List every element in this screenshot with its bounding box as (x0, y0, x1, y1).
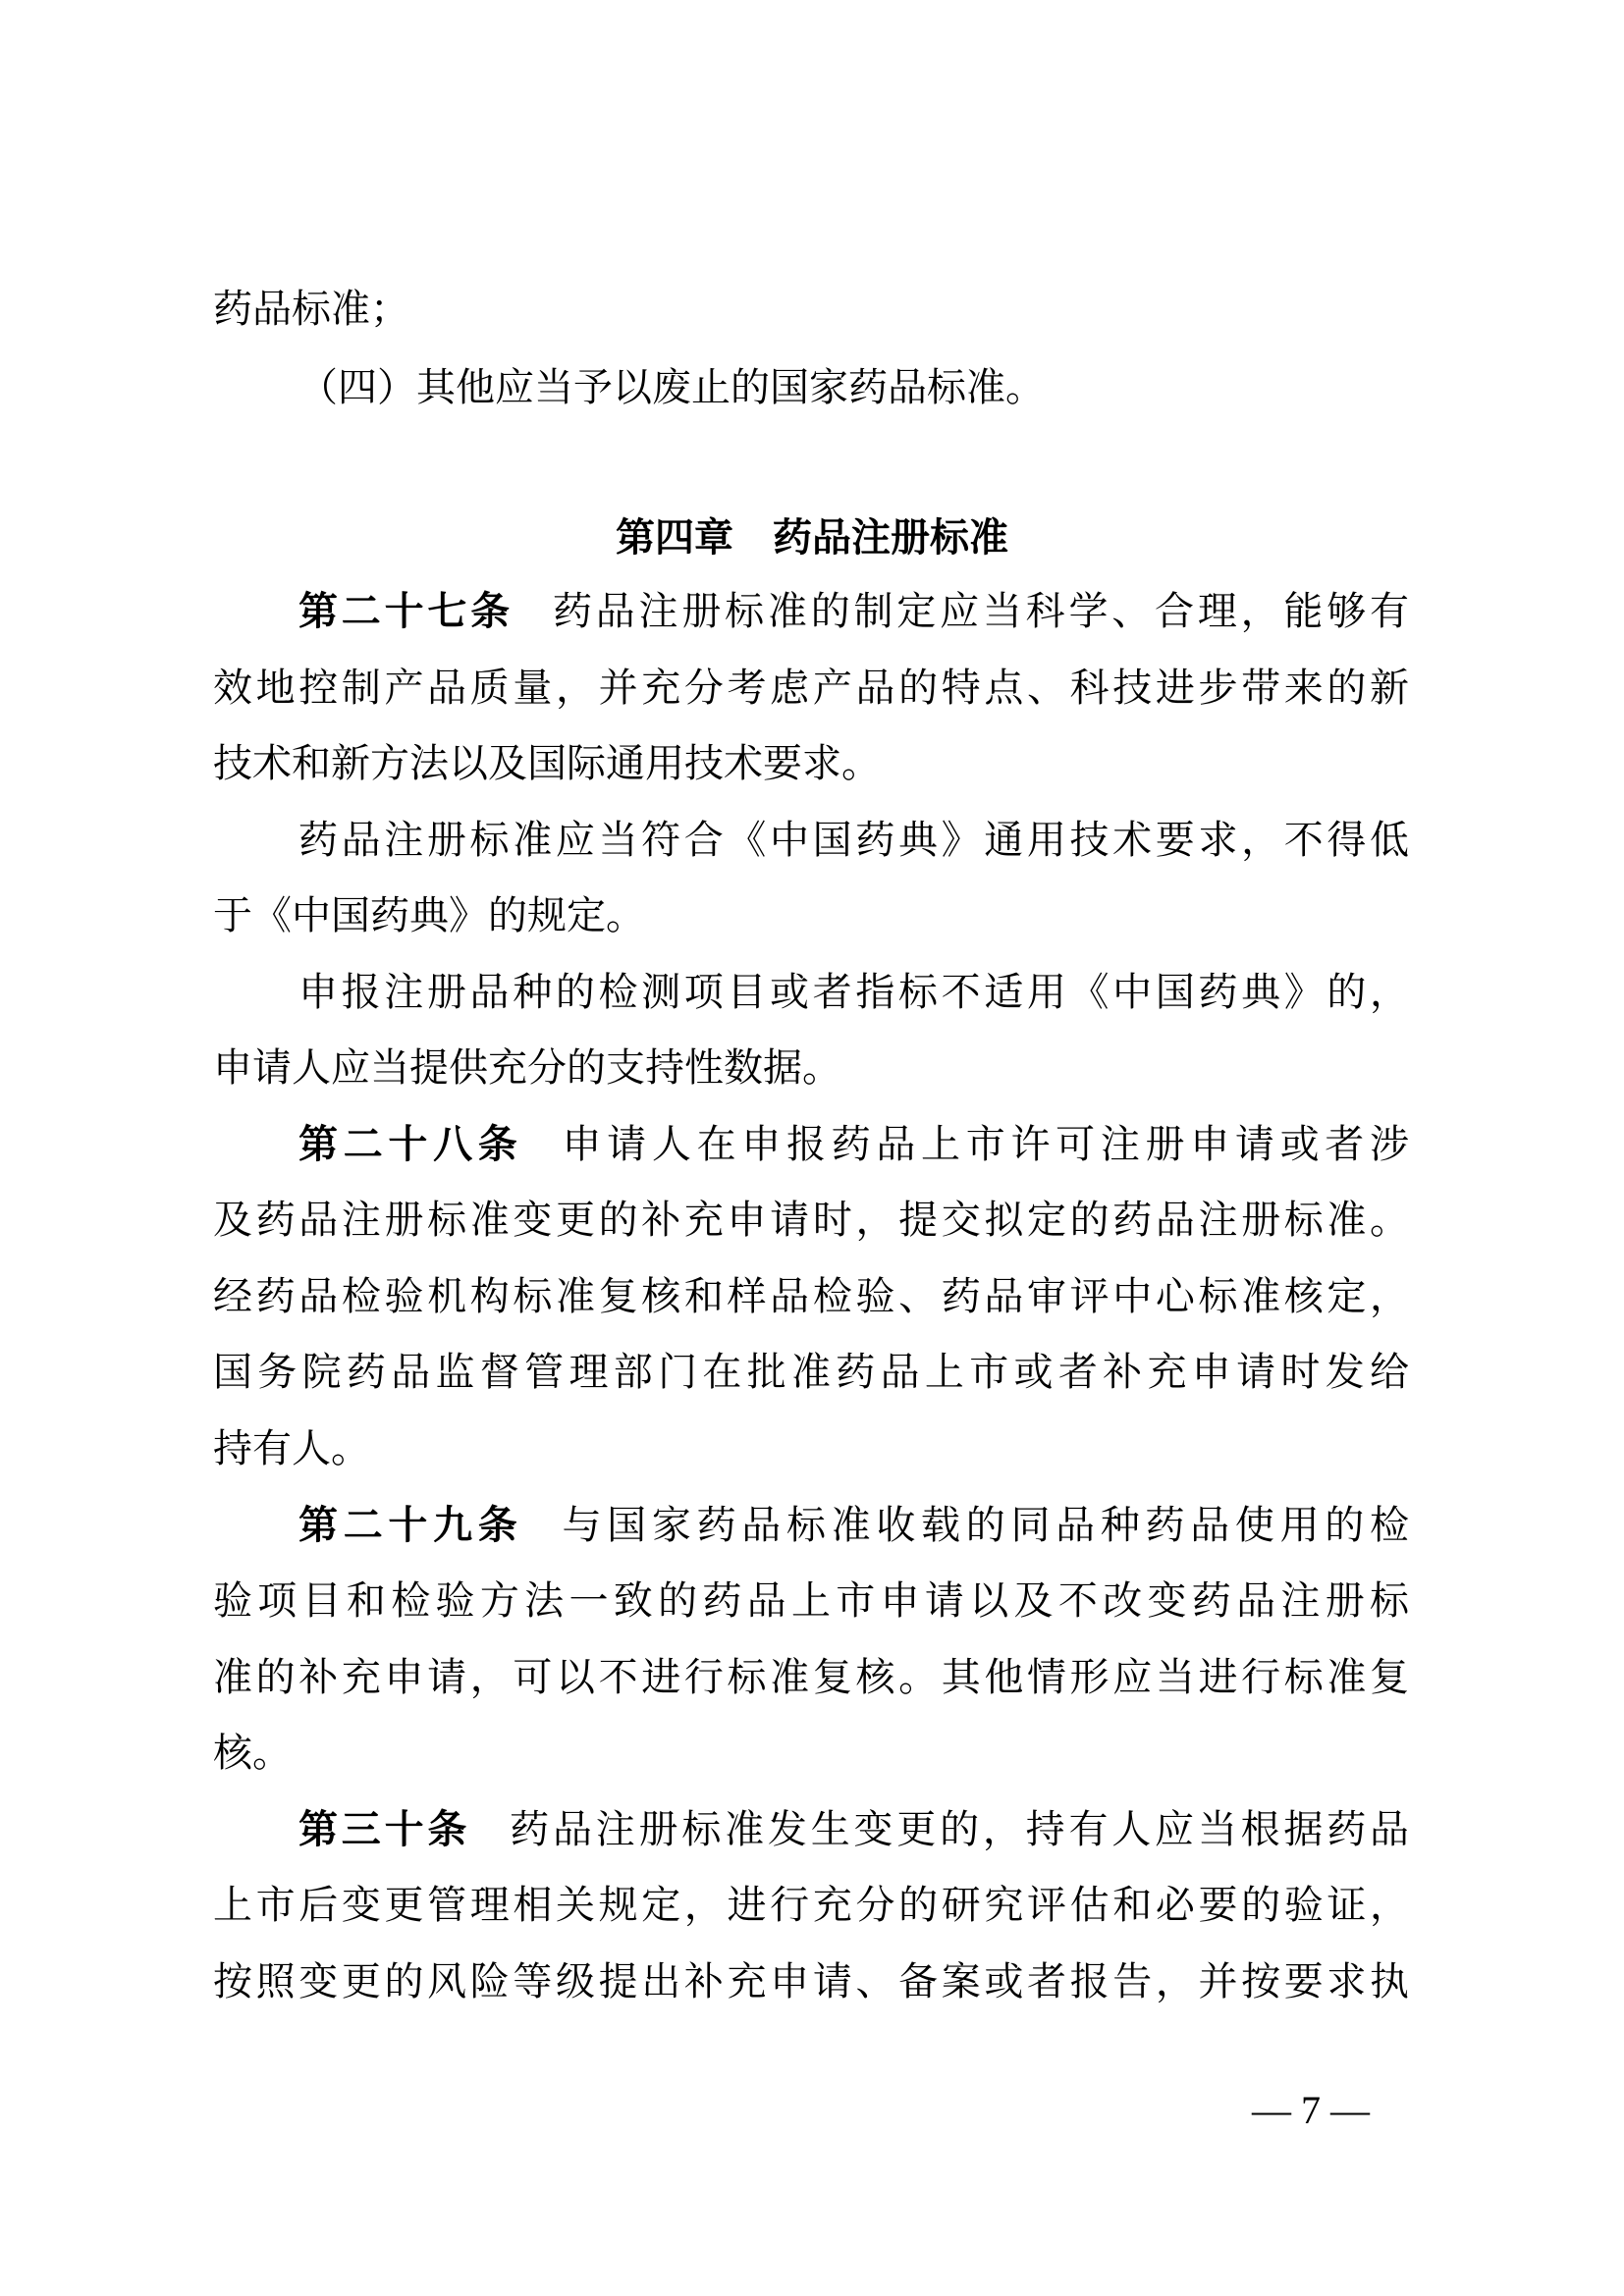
text-line: 于《中国药典》的规定。 (213, 886, 1409, 945)
text-line: 药品标准； (213, 280, 1409, 339)
text-line: 申报注册品种的检测项目或者指标不适用《中国药典》的， (298, 963, 1409, 1022)
text-line: 国务院药品监督管理部门在批准药品上市或者补充申请时发给 (213, 1343, 1409, 1402)
chapter-heading: 第四章药品注册标准 (0, 508, 1624, 567)
text-line: 准的补充申请，可以不进行标准复核。其他情形应当进行标准复 (213, 1648, 1409, 1707)
text-line: 按照变更的风险等级提出补充申请、备案或者报告，并按要求执 (213, 1952, 1409, 2011)
document-page: 药品标准； （四）其他应当予以废止的国家药品标准。 第四章药品注册标准 第二十七… (0, 0, 1624, 2296)
article-label: 第二十八条 (298, 1122, 522, 1167)
article-28-first-line: 第二十八条申请人在申报药品上市许可注册申请或者涉 (298, 1115, 1409, 1174)
article-29-first-line: 第二十九条与国家药品标准收载的同品种药品使用的检 (298, 1496, 1409, 1555)
text-line: 效地控制产品质量，并充分考虑产品的特点、科技进步带来的新 (213, 659, 1409, 718)
chapter-title: 药品注册标准 (773, 515, 1008, 561)
article-label: 第二十九条 (298, 1503, 522, 1548)
chapter-label: 第四章 (616, 515, 733, 561)
text-line: （四）其他应当予以废止的国家药品标准。 (298, 358, 1409, 417)
text-line: 申请人应当提供充分的支持性数据。 (213, 1039, 1409, 1097)
article-27-first-line: 第二十七条药品注册标准的制定应当科学、合理，能够有 (298, 582, 1409, 641)
text-line: 上市后变更管理相关规定，进行充分的研究评估和必要的验证， (213, 1876, 1409, 1935)
text-line: 持有人。 (213, 1419, 1409, 1478)
article-30-first-line: 第三十条药品注册标准发生变更的，持有人应当根据药品 (298, 1800, 1409, 1859)
text-line: 药品注册标准应当符合《中国药典》通用技术要求，不得低 (298, 811, 1409, 870)
text-line: 核。 (213, 1724, 1409, 1783)
text-line: 技术和新方法以及国际通用技术要求。 (213, 734, 1409, 793)
text-line: 经药品检验机构标准复核和样品检验、药品审评中心标准核定， (213, 1267, 1409, 1326)
text-line: 验项目和检验方法一致的药品上市申请以及不改变药品注册标 (213, 1572, 1409, 1630)
text-line: 及药品注册标准变更的补充申请时，提交拟定的药品注册标准。 (213, 1191, 1409, 1250)
page-number: — 7 — (1232, 2086, 1389, 2135)
article-label: 第二十七条 (298, 589, 514, 634)
article-label: 第三十条 (298, 1807, 470, 1852)
